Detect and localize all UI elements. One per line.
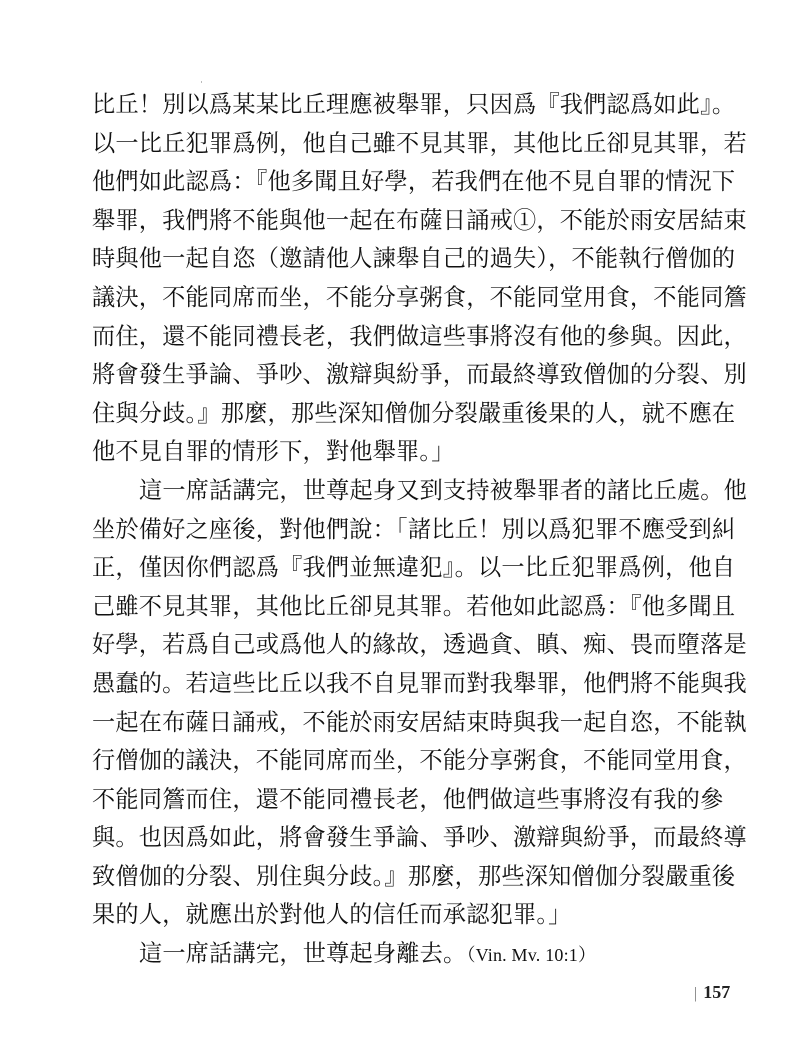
book-page: 比丘！別以爲某某比丘理應被舉罪，只因爲『我們認爲如此』。 以一比丘犯罪爲例，他自… — [0, 0, 792, 1056]
text-line: 正，僅因你們認爲『我們並無違犯』。以一比丘犯罪爲例，他自 — [92, 549, 702, 588]
text-line: 舉罪，我們將不能與他一起在布薩日誦戒①，不能於雨安居結束 — [92, 202, 702, 241]
page-number-value: 157 — [703, 982, 730, 1002]
text-line: 與。也因爲如此，將會發生爭論、爭吵、激辯與紛爭，而最終導 — [92, 819, 702, 858]
folio-separator: | — [694, 985, 697, 1002]
text-line: 一起在布薩日誦戒，不能於雨安居結束時與我一起自恣，不能執 — [92, 704, 702, 743]
paragraph-start-line: 這一席話講完，世尊起身又到支持被舉罪者的諸比丘處。他 — [92, 472, 702, 511]
text-line: 坐於備好之座後，對他們說：「諸比丘！別以爲犯罪不應受到糾 — [92, 511, 702, 550]
closing-line: 這一席話講完，世尊起身離去。（Vin. Mv. 10:1） — [92, 935, 702, 974]
text-line: 將會發生爭論、爭吵、激辯與紛爭，而最終導致僧伽的分裂、別 — [92, 356, 702, 395]
text-line: 行僧伽的議決，不能同席而坐，不能分享粥食，不能同堂用食， — [92, 742, 702, 781]
text-line: 以一比丘犯罪爲例，他自己雖不見其罪，其他比丘卻見其罪，若 — [92, 125, 702, 164]
text-line: 而住，還不能同禮長老，我們做這些事將沒有他的參與。因此， — [92, 318, 702, 357]
text-line: 時與他一起自恣（邀請他人諫舉自己的過失），不能執行僧伽的 — [92, 240, 702, 279]
closing-text: 這一席話講完，世尊起身離去。 — [139, 940, 466, 967]
text-line: 比丘！別以爲某某比丘理應被舉罪，只因爲『我們認爲如此』。 — [92, 86, 702, 125]
text-line: 致僧伽的分裂、別住與分歧。』那麼，那些深知僧伽分裂嚴重後 — [92, 858, 702, 897]
text-line: 好學，若爲自己或爲他人的緣故，透過貪、瞋、痴、畏而墮落是 — [92, 626, 702, 665]
citation-reference: （Vin. Mv. 10:1） — [466, 945, 596, 965]
body-text: 比丘！別以爲某某比丘理應被舉罪，只因爲『我們認爲如此』。 以一比丘犯罪爲例，他自… — [92, 86, 702, 974]
text-line: 愚蠢的。若這些比丘以我不自見罪而對我舉罪，他們將不能與我 — [92, 665, 702, 704]
text-line: 他們如此認爲：『他多聞且好學，若我們在他不見自罪的情況下 — [92, 163, 702, 202]
text-line: 果的人，就應出於對他人的信任而承認犯罪。」 — [92, 896, 702, 935]
text-line: 議決，不能同席而坐，不能分享粥食，不能同堂用食，不能同簷 — [92, 279, 702, 318]
text-line: 他不見自罪的情形下，對他舉罪。」 — [92, 433, 702, 472]
page-number: |157 — [694, 982, 730, 1003]
text-line: 己雖不見其罪，其他比丘卻見其罪。若他如此認爲：『他多聞且 — [92, 588, 702, 627]
text-line: 不能同簷而住，還不能同禮長老，他們做這些事將沒有我的參 — [92, 781, 702, 820]
text-line: 住與分歧。』那麼，那些深知僧伽分裂嚴重後果的人，就不應在 — [92, 395, 702, 434]
scan-speck — [201, 81, 202, 83]
